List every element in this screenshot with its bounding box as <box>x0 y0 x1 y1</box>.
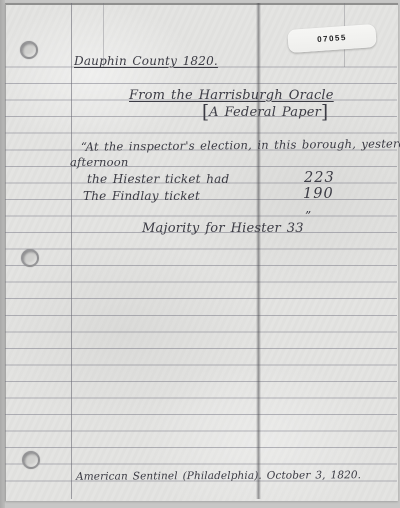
scanned-document: 07055 Dauphin County 1820. From the Harr… <box>0 0 400 508</box>
majority-line: Majority for Hiester 33 <box>142 222 304 235</box>
hiester-ticket-votes: 223 <box>304 171 335 186</box>
source-title: From the Harrisburgh Oracle <box>129 89 334 102</box>
hole-punch-bottom <box>22 451 40 469</box>
citation-line: American Sentinel (Philadelphia). Octobe… <box>76 470 361 482</box>
catalog-number: 07055 <box>317 33 347 44</box>
source-subtitle: [A Federal Paper] <box>202 104 328 122</box>
quote-line-2: afternoon <box>70 157 129 169</box>
source-subtitle-text: A Federal Paper <box>209 105 321 120</box>
hole-punch-top <box>20 41 38 59</box>
margin-line <box>71 3 72 499</box>
findlay-ticket-label: The Findlay ticket <box>83 190 200 202</box>
closing-quote-mark: ” <box>305 210 311 222</box>
close-bracket: ] <box>321 102 328 123</box>
heading-county-year: Dauphin County 1820. <box>74 55 218 67</box>
findlay-ticket-votes: 190 <box>303 187 334 202</box>
ruled-lines <box>5 51 397 497</box>
hiester-ticket-label: the Hiester ticket had <box>87 173 229 185</box>
hole-punch-middle <box>21 249 39 267</box>
center-crease <box>256 3 261 499</box>
